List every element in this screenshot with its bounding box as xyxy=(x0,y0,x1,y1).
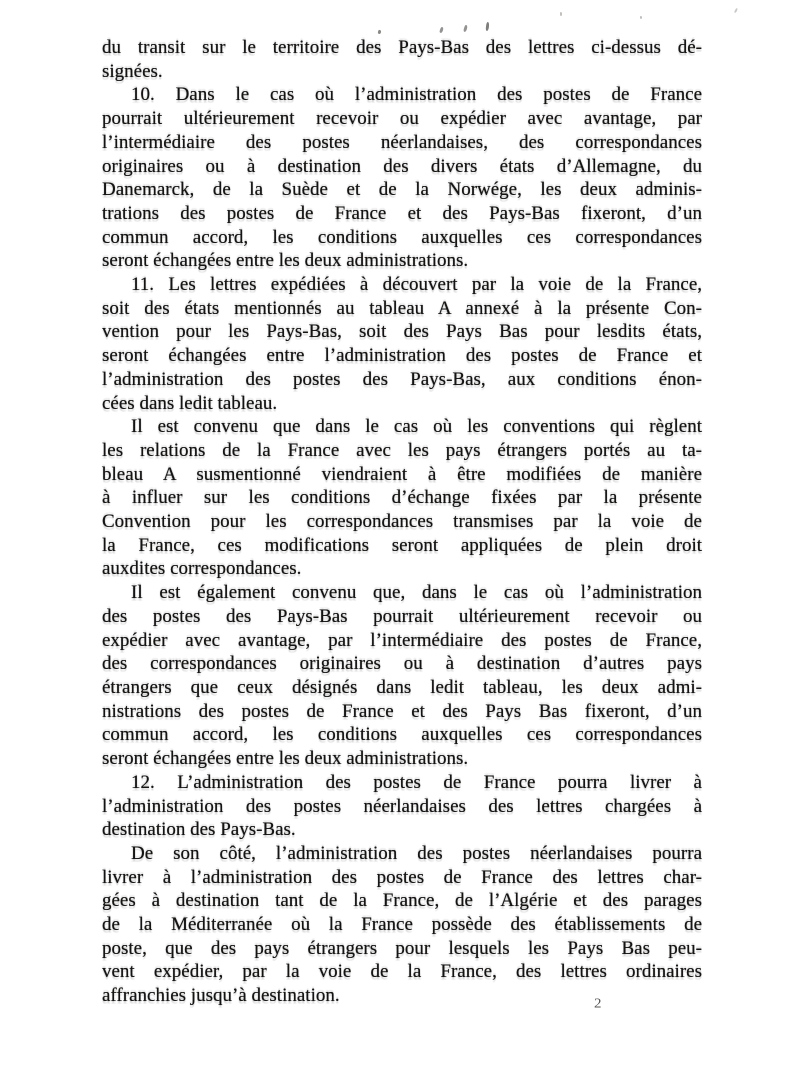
text-line: seront échangées entre les deux administ… xyxy=(102,249,702,273)
paragraph: 10. Dans le cas où l’administration des … xyxy=(102,83,702,273)
text-line: poste, que des pays étrangers pour lesqu… xyxy=(102,937,702,961)
ink-speck xyxy=(734,8,738,13)
text-line: gées à destination tant de la France, de… xyxy=(102,889,702,913)
text-line: la France, ces modifications seront appl… xyxy=(102,534,702,558)
text-line: De son côté, l’administration des postes… xyxy=(102,842,702,866)
text-line: commun accord, les conditions auxquelles… xyxy=(102,723,702,747)
text-line: signées. xyxy=(102,60,702,84)
text-line: livrer à l’administration des postes de … xyxy=(102,866,702,890)
text-line: pourrait ultérieurement recevoir ou expé… xyxy=(102,107,702,131)
text-line: 12. L’administration des postes de Franc… xyxy=(102,771,702,795)
text-line: l’intermédiaire des postes néerlandaises… xyxy=(102,131,702,155)
text-line: originaires ou à destination des divers … xyxy=(102,155,702,179)
scanned-document-page: du transit sur le territoire des Pays-Ba… xyxy=(0,0,796,1091)
ink-speck xyxy=(485,22,489,31)
paragraph: Il est également convenu que, dans le ca… xyxy=(102,581,702,771)
text-line: 10. Dans le cas où l’administration des … xyxy=(102,83,702,107)
text-line: 11. Les lettres expédiées à découvert pa… xyxy=(102,273,702,297)
text-line: étrangers que ceux désignés dans ledit t… xyxy=(102,676,702,700)
text-line: cées dans ledit tableau. xyxy=(102,392,702,416)
text-line: expédier avec avantage, par l’intermédia… xyxy=(102,629,702,653)
paragraph: 12. L’administration des postes de Franc… xyxy=(102,771,702,842)
text-line: bleau A susmentionné viendraient à être … xyxy=(102,463,702,487)
text-line: l’administration des postes néerlandaise… xyxy=(102,795,702,819)
text-line: à influer sur les conditions d’échange f… xyxy=(102,486,702,510)
text-line: de la Méditerranée où la France possède … xyxy=(102,913,702,937)
text-line: soit des états mentionnés au tableau A a… xyxy=(102,297,702,321)
signature-mark: 2 xyxy=(594,997,602,1012)
text-line: Il est convenu que dans le cas où les co… xyxy=(102,415,702,439)
text-line: auxdites correspondances. xyxy=(102,557,702,581)
ink-speck xyxy=(560,12,562,16)
text-line: affranchies jusqu’à destination. xyxy=(102,984,702,1008)
paragraph: 11. Les lettres expédiées à découvert pa… xyxy=(102,273,702,415)
text-line: trations des postes de France et des Pay… xyxy=(102,202,702,226)
text-line: vention pour les Pays-Bas, soit des Pays… xyxy=(102,320,702,344)
text-line: nistrations des postes de France et des … xyxy=(102,700,702,724)
text-line: Il est également convenu que, dans le ca… xyxy=(102,581,702,605)
text-block: du transit sur le territoire des Pays-Ba… xyxy=(102,36,702,1008)
text-line: les relations de la France avec les pays… xyxy=(102,439,702,463)
text-line: Danemarck, de la Suède et de la Norwége,… xyxy=(102,178,702,202)
text-line: l’administration des postes des Pays-Bas… xyxy=(102,368,702,392)
paragraph: du transit sur le territoire des Pays-Ba… xyxy=(102,36,702,83)
paragraph: Il est convenu que dans le cas où les co… xyxy=(102,415,702,581)
text-line: du transit sur le territoire des Pays-Ba… xyxy=(102,36,702,60)
text-line: vent expédier, par la voie de la France,… xyxy=(102,960,702,984)
text-line: des postes des Pays-Bas pourrait ultérie… xyxy=(102,605,702,629)
text-line: Convention pour les correspondances tran… xyxy=(102,510,702,534)
text-line: destination des Pays-Bas. xyxy=(102,818,702,842)
text-line: commun accord, les conditions auxquelles… xyxy=(102,226,702,250)
ink-speck xyxy=(378,30,382,35)
ink-speck xyxy=(439,27,444,34)
paragraph: De son côté, l’administration des postes… xyxy=(102,842,702,1008)
ink-speck xyxy=(463,25,468,33)
ink-speck xyxy=(640,16,642,19)
text-line: seront échangées entre l’administration … xyxy=(102,344,702,368)
text-line: seront échangées entre les deux administ… xyxy=(102,747,702,771)
text-line: des correspondances originaires ou à des… xyxy=(102,652,702,676)
